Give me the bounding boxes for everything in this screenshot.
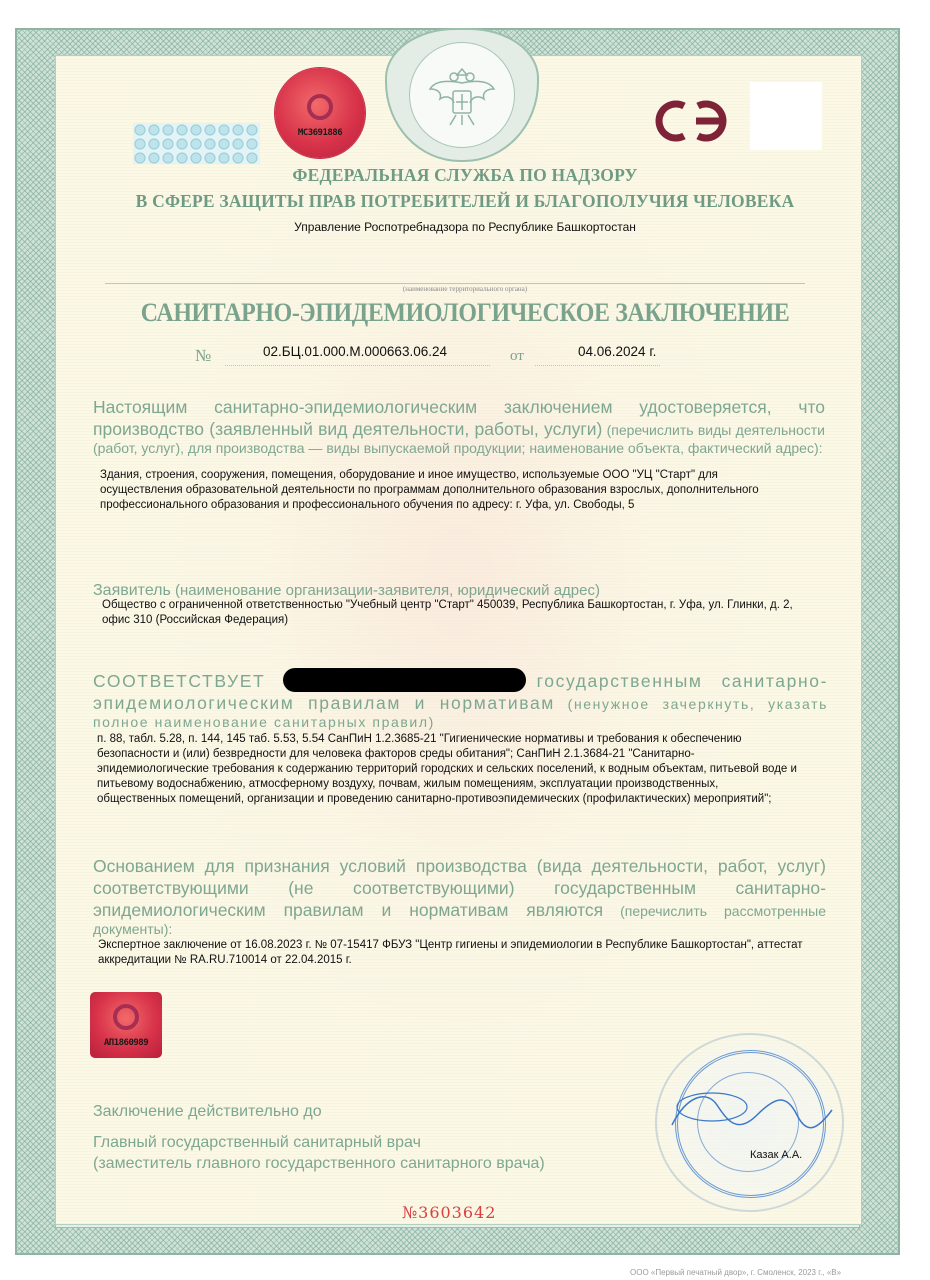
hologram-seal-top: МС3691886 xyxy=(275,68,365,158)
signature-icon xyxy=(667,1085,837,1145)
agency-name-line2: В СФЕРЕ ЗАЩИТЫ ПРАВ ПОТРЕБИТЕЛЕЙ И БЛАГО… xyxy=(0,191,930,212)
applicant-label-note: (наименование организации-заявителя, юри… xyxy=(171,582,600,599)
compliance-status: СООТВЕТСТВУЕТ xyxy=(93,671,265,691)
document-number-row: № 02.БЦ.01.000.М.000663.06.24 от 04.06.2… xyxy=(195,344,795,368)
double-headed-eagle-icon xyxy=(409,42,515,148)
official-seal-stamp xyxy=(655,1033,844,1212)
document-number: 02.БЦ.01.000.М.000663.06.24 xyxy=(263,344,447,359)
document-date: 04.06.2024 г. xyxy=(578,344,656,359)
number-underline xyxy=(225,365,490,366)
basis-statement: Основанием для признания условий произво… xyxy=(93,855,826,939)
hologram-logo-icon xyxy=(307,94,333,120)
certification-intro: Настоящим санитарно-эпидемиологическим з… xyxy=(93,396,825,458)
regional-office-underline xyxy=(105,283,805,284)
hologram-bottom-code: АП1860989 xyxy=(90,1038,162,1048)
regional-office: Управление Роспотребнадзора по Республик… xyxy=(0,220,930,234)
document-title: САНИТАРНО-ЭПИДЕМИОЛОГИЧЕСКОЕ ЗАКЛЮЧЕНИЕ xyxy=(37,298,893,328)
printer-note: ООО «Первый печатный двор», г. Смоленск,… xyxy=(630,1268,841,1277)
blank-label-area xyxy=(750,82,822,150)
basis-documents-text: Экспертное заключение от 16.08.2023 г. №… xyxy=(98,938,813,968)
se-logo-icon xyxy=(652,96,732,146)
hologram-top-code: МС3691886 xyxy=(275,128,365,138)
redaction-bar xyxy=(283,668,526,692)
certified-object-text: Здания, строения, сооружения, помещения,… xyxy=(100,468,800,513)
hologram-seal-bottom: АП1860989 xyxy=(90,992,162,1058)
date-underline xyxy=(535,365,660,366)
number-label: № xyxy=(195,346,211,366)
agency-name-line1: ФЕДЕРАЛЬНАЯ СЛУЖБА ПО НАДЗОРУ xyxy=(0,165,930,186)
applicant-text: Общество с ограниченной ответственностью… xyxy=(102,598,802,628)
signer-name: Казак А.А. xyxy=(750,1149,802,1161)
hologram-logo-icon xyxy=(113,1004,139,1030)
form-serial-number: №3603642 xyxy=(402,1203,496,1222)
applicant-label-main: Заявитель xyxy=(93,582,171,599)
regional-office-caption: (наименование территориального органа) xyxy=(0,285,930,293)
sanitary-rules-text: п. 88, табл. 5.28, п. 144, 145 таб. 5.53… xyxy=(97,732,797,807)
hologram-strip xyxy=(133,123,260,164)
date-label: от xyxy=(510,348,524,365)
